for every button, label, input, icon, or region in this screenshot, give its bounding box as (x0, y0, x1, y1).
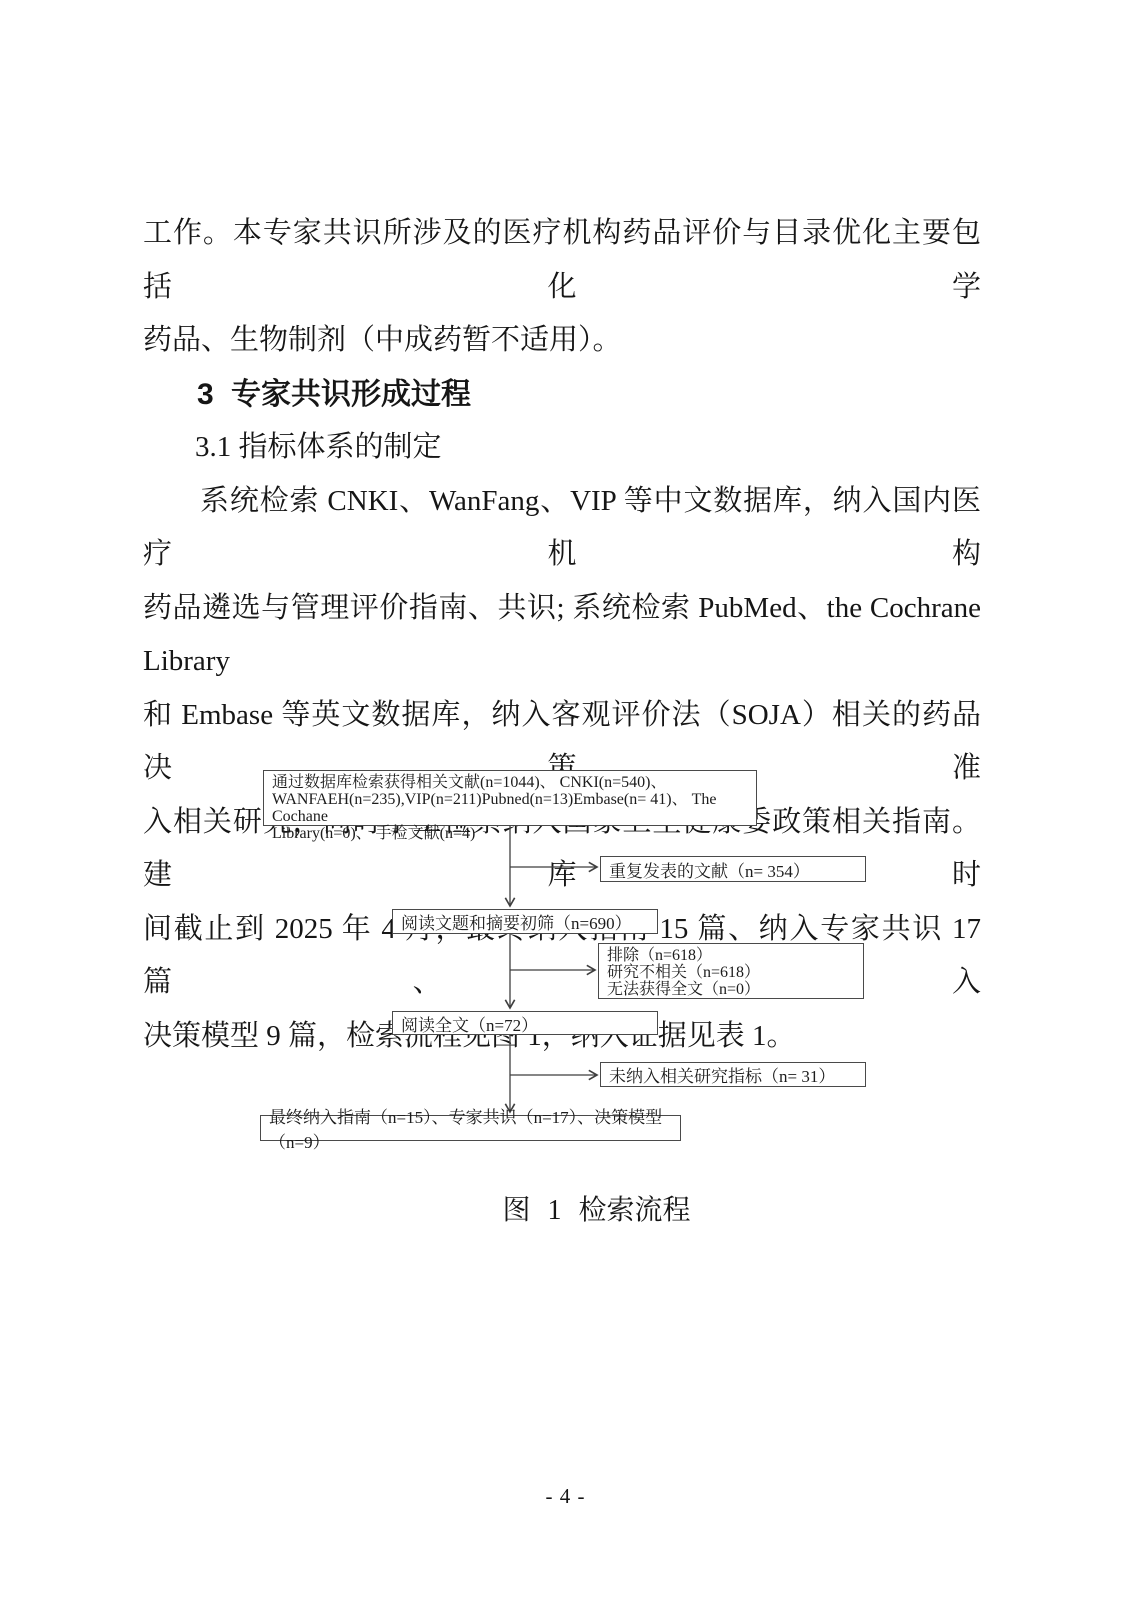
document-page: 工作。本专家共识所涉及的医疗机构药品评价与目录优化主要包括化学 药品、生物制剂（… (0, 0, 1131, 1600)
flow-box-line: Library(n=0)、 手检文献(n=4) (272, 825, 748, 842)
flow-box-final-included: 最终纳入指南（n=15）、专家共识（n=17）、决策模型（n=9） (260, 1115, 681, 1141)
flow-box-database-search: 通过数据库检索获得相关文献(n=1044)、 CNKI(n=540)、 WANF… (263, 770, 757, 826)
flow-box-title-abstract-screening: 阅读文题和摘要初筛（n=690） (392, 909, 658, 934)
paragraph-line: 药品、生物制剂（中成药暂不适用）。 (143, 314, 981, 368)
flow-box-line: 排除（n=618） (607, 947, 855, 964)
paragraph-line: 工作。本专家共识所涉及的医疗机构药品评价与目录优化主要包括化学 (143, 207, 981, 314)
flow-box-line: 通过数据库检索获得相关文献(n=1044)、 CNKI(n=540)、 (272, 774, 748, 791)
flow-box-duplicates-removed: 重复发表的文献（n= 354） (600, 856, 866, 882)
flow-box-line: 研究不相关（n=618） (607, 964, 855, 981)
flow-box-line: WANFAEH(n=235),VIP(n=211)Pubned(n=13)Emb… (272, 791, 748, 825)
paragraph-line: 药品遴选与管理评价指南、共识; 系统检索 PubMed、the Cochrane… (143, 582, 981, 689)
figure-caption: 图 1 检索流程 (0, 1188, 1131, 1228)
flow-box-fulltext-read: 阅读全文（n=72） (392, 1011, 658, 1035)
subsection-heading: 3.1 指标体系的制定 (143, 421, 981, 475)
section-heading: 3 专家共识形成过程 (143, 368, 981, 422)
paragraph-line: 系统检索 CNKI、WanFang、VIP 等中文数据库，纳入国内医疗机构 (143, 475, 981, 582)
flow-box-excluded: 排除（n=618） 研究不相关（n=618） 无法获得全文（n=0） (598, 943, 864, 999)
flow-box-line: 无法获得全文（n=0） (607, 981, 855, 998)
flow-box-not-included-indicators: 未纳入相关研究指标（n= 31） (600, 1062, 866, 1087)
page-number: - 4 - (0, 1484, 1131, 1509)
search-flowchart: 通过数据库检索获得相关文献(n=1044)、 CNKI(n=540)、 WANF… (240, 750, 900, 1150)
